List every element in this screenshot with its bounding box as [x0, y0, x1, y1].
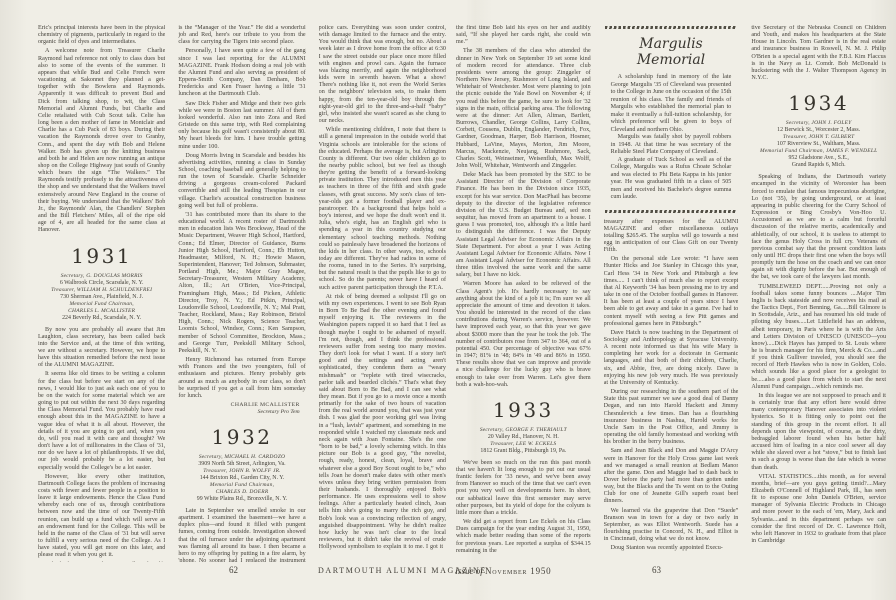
paragraph: TUMBLEWEED DEPT......Proving not only a … [751, 284, 886, 391]
paragraph: It seems like old times to be writing a … [38, 371, 165, 471]
paragraph: Warren Moore has asked to be relieved of… [456, 281, 591, 388]
paragraph: tive Secretary of the Nebraska Council o… [751, 25, 886, 82]
class-year-heading: 1932 [178, 426, 305, 448]
paragraph: By now you are probably all aware that J… [38, 327, 165, 370]
paragraph: the first time Bob laid his eyes on her … [456, 25, 591, 46]
officer-role-line: Secretary, JOHN J. FOLEY [751, 120, 886, 127]
paragraph: A welcome note from Treasurer Charlie Ra… [38, 48, 165, 234]
left-page: Eric's principal interests have been in … [38, 25, 446, 562]
text-column: tive Secretary of the Nebraska Council o… [751, 25, 886, 562]
officer-role-line: Treasurer, WILLIAM H. SCHULDENFREI [38, 287, 165, 294]
officers-block: Secretary, G. DOUGLAS MORRIS6 Walbrook C… [38, 273, 165, 322]
page-number-right: 63 [652, 565, 661, 575]
paragraph: The 38 members of the class who attended… [456, 48, 591, 170]
officer-role-line: Memorial Fund Chairman, [178, 482, 305, 489]
officer-role-line: CHARLES D. DOERR [178, 489, 305, 496]
officer-address-line: 952 Gladstone Ave., S.E., [751, 155, 886, 162]
paragraph: We've been so much on the run this past … [456, 460, 591, 517]
paragraph: treasury after expenses for the ALUMNI M… [604, 219, 739, 255]
paragraph: On the personal side Lee wrote: “I have … [604, 256, 739, 328]
officer-address-line: 12 Berwick St., Worcester 2, Mass. [751, 127, 886, 134]
memorial-paragraph: A graduate of Tuck School as well as of … [605, 157, 738, 202]
paragraph: VITAL STATISTICS....this month, as for s… [751, 474, 886, 546]
paragraph: is the “Manager of the Year.” He did a w… [178, 25, 305, 46]
signature-role: Secretary Pro Tem [178, 409, 299, 416]
paragraph: We did get a report from Lee Eckels on h… [456, 519, 591, 555]
officer-role-line: Secretary, GEORGE F. THERIAULT [456, 427, 591, 434]
issue-prefix: Issue of [455, 566, 483, 576]
officer-address-line: 224 Beverly Rd., Scarsdale, N. Y. [38, 315, 165, 322]
paragraph: Dave Hatch is now teaching in the Depart… [604, 330, 739, 387]
paragraph: Henry Richmond has returned from Europe … [178, 357, 305, 400]
paragraph: Personally, I have seen quite a few of t… [178, 48, 305, 98]
memorial-paragraph: A scholarship fund in memory of the late… [605, 74, 738, 134]
text-column: is the “Manager of the Year.” He did a w… [178, 25, 305, 562]
paragraph: While mentioning children, I note that t… [319, 127, 446, 292]
paragraph: Eric's principal interests have been in … [38, 25, 165, 46]
decorative-rule [605, 26, 738, 29]
paragraph: During our researching in the southern p… [604, 389, 739, 446]
paragraph: We learned via the grapevine that Don “S… [604, 508, 739, 544]
officer-address-line: 99 White Plains Rd., Bronxville, N. Y. [178, 496, 305, 503]
officer-role-line: Secretary, G. DOUGLAS MORRIS [38, 273, 165, 280]
paragraph: Late in September we smelled smoke in ou… [178, 508, 305, 562]
paragraph: At risk of being deemed a solipsist I'll… [319, 294, 446, 552]
memorial-paragraph: Margulis was fatally shot by payroll rob… [605, 134, 738, 157]
officer-role-line: Secretary, MICHAEL H. CARDOZO [178, 454, 305, 461]
paragraph: '31 has contributed more than its share … [178, 212, 305, 355]
paragraph: Doug Morris living in Scarsdale and besi… [178, 153, 305, 210]
text-column: the first time Bob laid his eyes on her … [456, 25, 591, 562]
class-year-heading: 1931 [38, 245, 165, 267]
memorial-box: Margulis MemorialA scholarship fund in m… [604, 26, 739, 213]
officers-block: Secretary, GEORGE F. THERIAULT20 Valley … [456, 427, 591, 455]
officer-role-line: CHARLES L. MCALLISTER [38, 308, 165, 315]
officer-role-line: Treasurer, JOHN T. GILBERT [751, 134, 886, 141]
signature-block: CHARLIE MCALLISTERSecretary Pro Tem [178, 402, 299, 416]
right-page: the first time Bob laid his eyes on her … [456, 25, 886, 562]
paragraph: Deke Mack has been promoted by the SEC t… [456, 172, 591, 279]
paragraph: Sam and Jean Black and Don and Maggie D'… [604, 448, 739, 505]
text-column: police cars. Everything was soon under c… [319, 25, 446, 562]
class-year-heading: 1934 [751, 92, 886, 114]
officer-role-line: Memorial Fund Chairman, [38, 301, 165, 308]
officer-address-line: 107 Riverview St., Waltham, Mass. [751, 141, 886, 148]
issue-date: November 1950 [485, 566, 551, 576]
officer-address-line: Grand Rapids 6, Mich. [751, 162, 886, 169]
paragraph: Speaking of Indians, the Dartmouth varie… [751, 174, 886, 281]
officer-role-line: Memorial Fund Chairman, JAMES F. WENDELL [751, 148, 886, 155]
officer-address-line: 3909 North 5th Street, Arlington, Va. [178, 461, 305, 468]
decorative-rule [605, 210, 738, 213]
signature-name: CHARLIE MCALLISTER [178, 402, 299, 409]
officer-role-line: Treasurer, LEE W. ECKELS [456, 441, 591, 448]
text-column: Margulis MemorialA scholarship fund in m… [604, 25, 739, 562]
officer-address-line: 730 Sherman Ave., Plainfield, N. J. [38, 294, 165, 301]
paragraph: However, like every other institution, D… [38, 474, 165, 560]
class-year-heading: 1933 [456, 399, 591, 421]
officers-block: Secretary, MICHAEL H. CARDOZO3909 North … [178, 454, 305, 503]
officer-role-line: Treasurer, JOHN B. WOLFF JR. [178, 468, 305, 475]
officers-block: Secretary, JOHN J. FOLEY12 Berwick St., … [751, 120, 886, 169]
paragraph: Saw Dick Fisher and Midge and their two … [178, 101, 305, 151]
text-column: Eric's principal interests have been in … [38, 25, 165, 562]
paragraph: In this league we are not supposed to pr… [751, 393, 886, 472]
paragraph: Doug Stanton was recently appointed Exec… [604, 545, 739, 552]
officer-address-line: 1812 Grant Bldg., Pittsburgh 19, Pa. [456, 448, 591, 455]
memorial-title: Margulis Memorial [605, 36, 738, 68]
officer-address-line: 20 Valley Rd., Hanover, N. H. [456, 434, 591, 441]
page-number-left: 62 [229, 565, 238, 575]
officer-address-line: 6 Walbrook Circle, Scarsdale, N. Y. [38, 280, 165, 287]
officer-address-line: 144 Brixton Rd., Garden City, N. Y. [178, 475, 305, 482]
paragraph: police cars. Everything was soon under c… [319, 25, 446, 125]
issue-line: Issue of November 1950 [455, 566, 551, 576]
